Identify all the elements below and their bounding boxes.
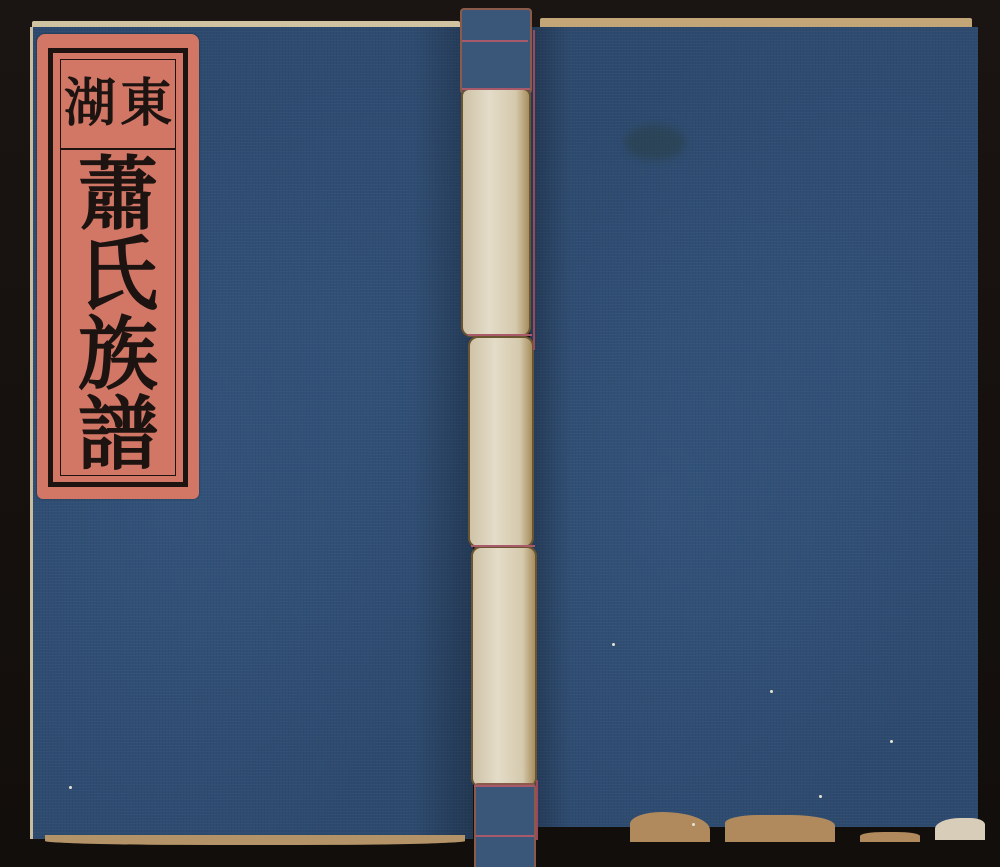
title-top-line: 湖 東 [61,64,175,144]
title-char: 湖 [64,78,116,130]
title-slip-inner-border: 湖 東 蕭 氏 族 譜 [60,59,176,476]
spine-section-2 [468,336,534,548]
speck [890,740,893,743]
title-slip-frame: 湖 東 蕭 氏 族 譜 [48,48,188,487]
speck [612,643,615,646]
page-edge-bottom-left [45,835,465,845]
title-slip: 湖 東 蕭 氏 族 譜 [37,34,199,499]
speck [770,690,773,693]
title-char: 氏 [78,234,158,314]
title-char: 東 [120,78,172,130]
binding-thread [471,545,535,547]
binding-thread [476,835,534,837]
binding-thread [462,40,528,42]
worn-edge-damage [860,832,920,842]
speck [819,795,822,798]
main-title: 蕭 氏 族 譜 [61,154,175,471]
worn-edge-damage [935,818,985,840]
binding-thread [536,780,538,840]
worn-edge-damage [725,815,835,842]
binding-thread [533,30,535,350]
spine-section-1 [461,88,531,337]
binding-thread [468,334,532,336]
spine-cap-top [460,8,532,94]
binding-thread [462,88,530,90]
title-char: 譜 [78,394,158,474]
spine-cap-bottom [474,783,536,867]
speck [692,823,695,826]
title-char: 蕭 [78,154,158,234]
binding-thread [474,785,534,787]
speck [69,786,72,789]
back-cover [530,27,978,827]
spine-section-3 [471,546,537,788]
title-char: 族 [78,314,158,394]
cloth-stain [625,125,685,160]
